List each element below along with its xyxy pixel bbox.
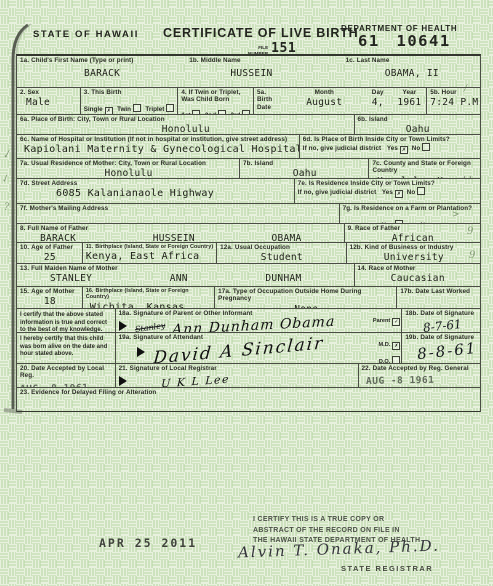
no-checkbox [417,187,425,195]
certificate-title: CERTIFICATE OF LIVE BIRTH [163,26,358,40]
field-label: Middle Name [201,57,241,64]
field-num: 7b. [243,160,252,167]
field-label: Place of Birth: City, Town or Rural Loca… [31,116,165,123]
field-label: Evidence for Delayed Filing or Alteratio… [31,389,156,396]
no-label: No [420,222,428,223]
no-checkbox [422,143,430,151]
received-date-stamp: APR 25 2011 [99,536,197,550]
field-label: Date Accepted by Reg. General [373,365,469,372]
field-father-birthplace: 11.Birthplace (Island, State or Foreign … [83,243,217,263]
field-this-birth: 3.This Birth Single✗ Twin Triplet [81,88,179,114]
row-child-name: 1a.Child's First Name (Type or print) BA… [17,56,480,88]
father-last-name: OBAMA [271,233,301,242]
father-middle-name: HUSSEIN [153,233,195,242]
field-num: 16. [86,288,94,294]
yes-label: Yes [387,145,398,152]
file-label-line1: FILE [258,45,268,50]
field-inside-city-limits-residence: 7e.Is Residence Inside City or Town Limi… [295,179,480,203]
birth-year-value: 1961 [393,97,427,108]
field-num: 8. [20,225,25,232]
field-num: 18b. [405,310,418,317]
arrow-icon [137,347,145,357]
field-child-first-name: 1a.Child's First Name (Type or print) BA… [17,56,186,87]
twin-label: Twin [117,106,131,113]
second-label: 2nd [205,112,216,114]
margin-question-mark: ? [4,202,9,213]
field-attendant-signature: 19a.Signature of Attendant David A Sincl… [116,333,403,363]
field-label: Street Address [31,180,77,187]
mother-middle-name: ANN [170,273,188,284]
day-label: Day [363,89,393,96]
field-label: Usual Residence of Mother: City, Town or… [31,160,206,167]
field-label: Kind of Business or Industry [365,244,454,251]
field-label: Full Name of Father [27,225,88,232]
field-date-accepted-local: 20.Date Accepted by Local Reg. AUG -8 19… [17,364,116,387]
field-date-accepted-general: 22.Date Accepted by Reg. General AUG -8 … [359,364,480,387]
field-label: Child's First Name (Type or print) [31,57,133,64]
field-father-name: 8.Full Name of Father BARACK HUSSEIN OBA… [17,224,345,242]
field-num: 9. [348,225,353,232]
father-occupation-value: Student [220,252,343,263]
attendant-certify-statement: I hereby certify that this child was bor… [17,333,116,363]
field-father-industry: 12b.Kind of Business or Industry Univers… [347,243,480,263]
field-label: Hour [442,89,457,96]
field-num: 12a. [220,244,233,251]
field-twin-order: 4.If Twin or Triplet, Was Child Born 1st… [178,88,254,114]
field-label: Island [254,160,273,167]
field-mother-race: 14.Race of Mother Caucasian [355,264,480,286]
row-birth-details: 2.Sex Male 3.This Birth Single✗ Twin Tri… [17,88,480,115]
field-num: 1c. [346,57,355,64]
row-father-name: 8.Full Name of Father BARACK HUSSEIN OBA… [17,224,480,243]
field-label: Full Maiden Name of Mother [31,265,118,272]
field-num: 4. [181,89,186,96]
field-label: County and State or Foreign Country [372,160,470,174]
child-first-name-value: BARACK [20,68,184,79]
third-checkbox [242,110,250,114]
field-label: This Birth [91,89,121,96]
field-delayed-filing: 23.Evidence for Delayed Filing or Altera… [17,388,480,411]
field-mother-occupation: 17a.Type of Occupation Outside Home Duri… [215,287,397,308]
yes-checkbox: ✗ [395,190,403,198]
field-num: 14. [358,265,367,272]
field-county-state: 7c.County and State or Foreign Country H… [369,159,480,178]
father-industry-value: University [350,252,478,263]
field-label: Race of Father [355,225,400,232]
certification-line: I CERTIFY THIS IS A TRUE COPY OR [253,515,420,526]
mother-race-value: Caucasian [358,273,478,284]
field-num: 6a. [20,116,29,123]
field-hospital: 6c.Name of Hospital or Institution (If n… [17,135,300,158]
field-num: 6c. [20,136,29,143]
md-checkbox: ✗ [392,342,400,350]
field-num: 22. [362,365,371,372]
yes-label: Yes [382,222,393,223]
state-registrar-title: STATE REGISTRAR [341,564,433,573]
field-place-of-birth: 6a.Place of Birth: City, Town or Rural L… [17,115,355,134]
field-island-birth: 6b.Island Oahu [355,115,480,134]
row-mother-details: 15.Age of Mother 18 16.Birthplace (Islan… [17,287,480,309]
field-label: Date Last Worked [415,288,470,295]
field-residence-island: 7b.Island Oahu [240,159,369,178]
row-mother-name: 13.Full Maiden Name of Mother STANLEY AN… [17,264,480,287]
field-label: Is Place of Birth Inside City or Town Li… [314,136,450,143]
field-num: 20. [20,365,29,372]
field-num: 7d. [20,180,29,187]
row-parent-signature: I certify that the above stated informat… [17,309,480,333]
month-label: Month [286,89,363,96]
row-father-details: 10.Age of Father 25 11.Birthplace (Islan… [17,243,480,264]
struck-name: Stanley [135,321,166,332]
field-label: Mother's Mailing Address [30,205,109,212]
field-num: 15. [20,288,29,295]
row-street-address: 7d.Street Address 6085 Kalanianaole High… [17,179,480,204]
field-label: Age of Father [31,244,73,251]
birth-month-value: August [286,97,363,108]
parent-signature-date-value: 8-7-61 [423,317,463,332]
field-father-race: 9.Race of Father African [345,224,480,242]
field-hour: 5b.Hour 7:24 P.M. [427,88,480,114]
mother-last-name: DUNHAM [265,273,301,284]
field-mailing-address: 7f.Mother's Mailing Address [17,204,340,223]
field-label: Signature of Attendant [133,334,203,341]
field-num: 19b. [405,334,418,341]
field-mother-age: 15.Age of Mother 18 [17,287,83,308]
row-mailing-address: 7f.Mother's Mailing Address 7g.Is Reside… [17,204,480,224]
field-label: Age of Mother [31,288,75,295]
child-last-name-value: OBAMA, II [346,68,478,79]
island-birth-value: Oahu [358,124,478,134]
margin-numeral: 9 [469,250,475,261]
hour-value: 7:24 P.M. [430,97,478,108]
field-num: 1a. [20,57,29,64]
field-father-age: 10.Age of Father 25 [17,243,83,263]
father-birthplace-value: Kenya, East Africa [86,251,214,262]
field-local-registrar-signature: 21.Signature of Local Registrar U K L Le… [116,364,359,387]
field-label: Usual Occupation [235,244,290,251]
mother-age-value: 18 [20,296,80,307]
parent-signature: Ann Dunham Obama [172,314,336,332]
yes-label: Yes [382,189,393,196]
single-label: Single [84,106,103,113]
general-accept-date-stamp: AUG -8 1961 [361,374,478,387]
triplet-checkbox [166,104,174,112]
yes-checkbox [395,220,403,223]
field-num: 10. [20,244,29,251]
state-title: STATE OF HAWAII [33,29,139,40]
parent-checkbox: ✓ [392,318,400,326]
field-label: Birth Date [257,96,286,111]
year-label: Year [393,89,427,96]
birth-day-value: 4, [363,97,393,108]
no-label: No [412,145,421,152]
local-registrar-signature: U K L Lee [161,373,230,387]
row-registrar: 20.Date Accepted by Local Reg. AUG -8 19… [17,364,480,388]
field-num: 18a. [119,310,132,317]
field-num: 5a. [257,89,266,96]
first-label: 1st [181,112,190,114]
attendant-signature-date-value: 8-8-61 [417,339,479,363]
first-checkbox [192,110,200,114]
field-num: 23. [20,389,29,396]
field-label: Signature of Local Registrar [130,365,217,372]
field-label: Island [369,116,388,123]
margin-numeral: 9 [467,226,473,237]
field-label: Name of Hospital or Institution (If not … [31,136,287,143]
residence-island-value: Oahu [243,168,366,178]
field-num: 19a. [119,334,132,341]
field-parent-signature-date: 18b.Date of Signature 8-7-61 [402,309,480,332]
twin-checkbox [133,104,141,112]
arrow-icon [119,376,127,386]
field-birth-date: 5a. Birth Date Month August Day 4, Year … [254,88,427,114]
mother-birthplace-value: Wichita, Kansas [86,302,212,308]
field-sex: 2.Sex Male [17,88,81,114]
field-label: Birthplace (Island, State or Foreign Cou… [95,244,213,250]
residence-city-value: Honolulu [20,168,237,178]
field-num: 21. [119,365,128,372]
street-address-value: 6085 Kalanianaole Highway [20,188,292,199]
field-num: 17b. [400,288,413,295]
field-sublabel: If no, give judicial district [298,189,376,196]
do-label: D.O. [379,359,391,363]
third-label: 3rd [231,112,241,114]
field-num: 7e. [298,180,307,187]
margin-slash-mark: / [464,84,467,94]
field-num: 2. [20,89,25,96]
mother-first-name: STANLEY [50,273,92,284]
field-parent-signature: 18a.Signature of Parent or Other Informa… [116,309,403,332]
field-child-last-name: 1c.Last Name OBAMA, II [316,56,480,87]
field-mother-birthplace: 16.Birthplace (Island, State or Foreign … [83,287,215,308]
yes-checkbox: ✗ [400,146,408,154]
father-race-value: African [348,233,478,242]
field-inside-city-limits-birth: 6d.Is Place of Birth Inside City or Town… [300,135,480,158]
field-num: 7g. [343,205,352,212]
second-checkbox [218,110,226,114]
field-num: 7a. [20,160,29,167]
field-num: 6d. [303,136,312,143]
row-residence: 7a.Usual Residence of Mother: City, Town… [17,159,480,179]
field-num: 6b. [358,116,367,123]
md-label: M.D. [379,342,391,348]
field-attendant-signature-date: 19b.Date of Signature 8-8-61 [402,333,480,363]
field-label: Sex [27,89,39,96]
row-delayed-filing: 23.Evidence for Delayed Filing or Altera… [17,388,480,412]
field-sublabel: If no, give judicial district [303,145,381,152]
hospital-value: Kapiolani Maternity & Gynecological Hosp… [20,144,297,155]
field-num: 3. [84,89,89,96]
parent-certify-statement: I certify that the above stated informat… [17,309,116,332]
field-mother-maiden-name: 13.Full Maiden Name of Mother STANLEY AN… [17,264,355,286]
no-label: No [407,189,416,196]
certificate-form: 1a.Child's First Name (Type or print) BA… [16,54,481,412]
field-label: Birthplace (Island, State or Foreign Cou… [86,288,189,300]
field-date-last-worked: 17b.Date Last Worked [397,287,480,308]
county-state-value: Honolulu, Hawaii [372,176,478,178]
mother-occupation-value: None [218,304,394,308]
field-num: 1b. [189,57,198,64]
triplet-label: Triplet [145,106,164,113]
field-father-occupation: 12a.Usual Occupation Student [217,243,346,263]
single-checkbox: ✗ [105,107,113,114]
child-middle-name-value: HUSSEIN [189,68,313,79]
row-attendant-signature: I hereby certify that this child was bor… [17,333,480,364]
field-label: Date Accepted by Local Reg. [20,365,104,379]
field-child-middle-name: 1b.Middle Name HUSSEIN [186,56,315,87]
certificate-number: 61 10641 [358,32,451,50]
field-num: 13. [20,265,29,272]
field-residence-city: 7a.Usual Residence of Mother: City, Town… [17,159,240,178]
row-place-of-birth: 6a.Place of Birth: City, Town or Rural L… [17,115,480,135]
field-num: 7c. [372,160,381,167]
sex-value: Male [20,97,78,108]
field-num: 7f. [20,205,28,212]
field-label: Is Residence Inside City or Town Limits? [309,180,435,187]
field-label: Last Name [357,57,390,64]
field-street-address: 7d.Street Address 6085 Kalanianaole High… [17,179,295,203]
parent-label: Parent [373,318,390,324]
birth-certificate-page: STATE OF HAWAII CERTIFICATE OF LIVE BIRT… [0,0,493,586]
father-age-value: 25 [20,252,80,263]
arrow-icon [119,321,127,331]
margin-caret-mark: > [452,210,460,220]
field-label: If Twin or Triplet, Was Child Born [181,89,240,103]
field-label: Race of Mother [369,265,416,272]
row-hospital: 6c.Name of Hospital or Institution (If n… [17,135,480,159]
father-first-name: BARACK [40,233,76,242]
field-label: Type of Occupation Outside Home During P… [218,288,361,302]
field-label: Signature of Parent or Other Informant [133,310,252,317]
certification-line: ABSTRACT OF THE RECORD ON FILE IN [253,526,420,537]
field-num: 17a. [218,288,231,295]
local-accept-date-stamp: AUG -8 1961 [20,382,113,387]
field-num: 11. [86,244,94,250]
field-num: 12b. [350,244,363,251]
field-num: 5b. [430,89,439,96]
field-label: Date of Signature [420,310,474,317]
do-checkbox [392,356,400,363]
place-of-birth-value: Honolulu [20,124,352,134]
